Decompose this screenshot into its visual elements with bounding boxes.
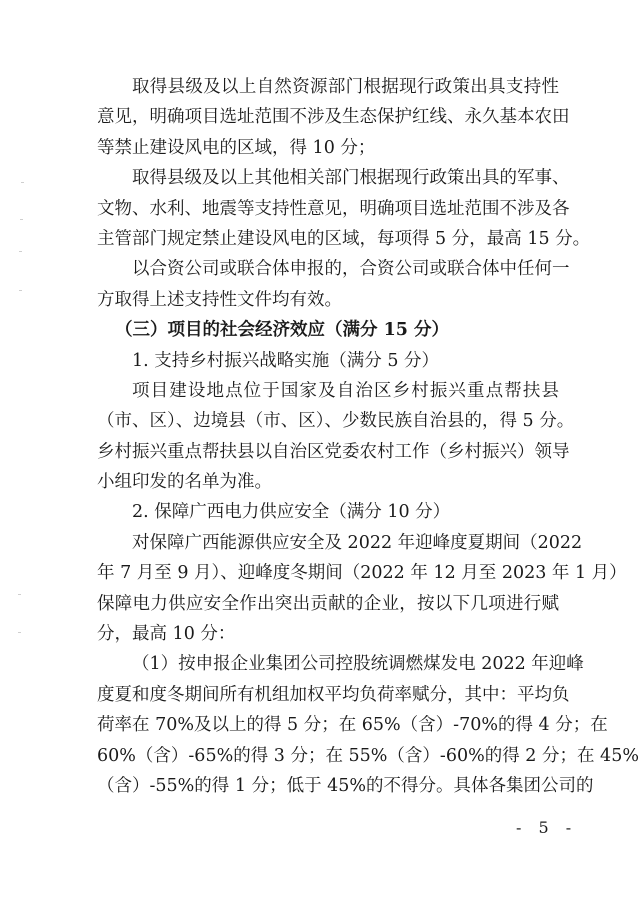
text-line: 60%（含）-65%的得 3 分；在 55%（含）-60%的得 2 分；在 45… <box>97 741 559 771</box>
paragraph-rural-revitalization: 项目建设地点位于国家及自治区乡村振兴重点帮扶县 （市、区）、边境县（市、区）、少… <box>97 376 559 498</box>
paragraph-load-rate-scoring: （1）按申报企业集团公司控股统调燃煤发电 2022 年迎峰 度夏和度冬期间所有机… <box>97 649 559 801</box>
margin-speck <box>18 632 21 633</box>
margin-speck <box>19 290 22 291</box>
text-line: 取得县级及以上其他相关部门根据现行政策出具的军事、 <box>97 163 559 193</box>
text-line: 等禁止建设风电的区域，得 10 分； <box>97 133 559 163</box>
paragraph-natural-resources-support: 取得县级及以上自然资源部门根据现行政策出具支持性 意见，明确项目选址范围不涉及生… <box>97 72 559 163</box>
paragraph-joint-venture: 以合资公司或联合体申报的，合资公司或联合体中任何一 方取得上述支持性文件均有效。 <box>97 254 559 315</box>
text-line: 年 7 月至 9 月）、迎峰度冬期间（2022 年 12 月至 2023 年 1… <box>97 558 559 588</box>
text-line: 小组印发的名单为准。 <box>97 467 559 497</box>
text-line: 文物、水利、地震等支持性意见，明确项目选址范围不涉及各 <box>97 194 559 224</box>
document-body: 取得县级及以上自然资源部门根据现行政策出具支持性 意见，明确项目选址范围不涉及生… <box>97 72 559 801</box>
text-line: 主管部门规定禁止建设风电的区域，每项得 5 分，最高 15 分。 <box>97 224 559 254</box>
margin-speck <box>18 594 21 595</box>
margin-speck <box>21 182 24 183</box>
text-line: 分，最高 10 分： <box>97 619 559 649</box>
text-line: 荷率在 70%及以上的得 5 分；在 65%（含）-70%的得 4 分；在 <box>97 710 559 740</box>
document-page: 取得县级及以上自然资源部门根据现行政策出具支持性 意见，明确项目选址范围不涉及生… <box>0 0 640 903</box>
section-heading: （三）项目的社会经济效应（满分 15 分） <box>97 315 559 345</box>
text-line: （1）按申报企业集团公司控股统调燃煤发电 2022 年迎峰 <box>97 649 559 679</box>
section-heading-social-economic: （三）项目的社会经济效应（满分 15 分） <box>97 315 559 345</box>
page-number: - 5 - <box>516 818 577 838</box>
text-line: 以合资公司或联合体申报的，合资公司或联合体中任何一 <box>97 254 559 284</box>
subheading-power-supply: 2. 保障广西电力供应安全（满分 10 分） <box>97 497 559 527</box>
subsection-heading: 2. 保障广西电力供应安全（满分 10 分） <box>97 497 559 527</box>
margin-speck <box>19 251 22 252</box>
subsection-heading: 1. 支持乡村振兴战略实施（满分 5 分） <box>97 346 559 376</box>
text-line: （含）-55%的得 1 分；低于 45%的不得分。具体各集团公司的 <box>97 771 559 801</box>
text-line: （市、区）、边境县（市、区）、少数民族自治县的，得 5 分。 <box>97 406 559 436</box>
text-line: 意见，明确项目选址范围不涉及生态保护红线、永久基本农田 <box>97 102 559 132</box>
text-line: 度夏和度冬期间所有机组加权平均负荷率赋分，其中：平均负 <box>97 680 559 710</box>
text-line: 乡村振兴重点帮扶县以自治区党委农村工作（乡村振兴）领导 <box>97 437 559 467</box>
paragraph-power-supply: 对保障广西能源供应安全及 2022 年迎峰度夏期间（2022 年 7 月至 9 … <box>97 528 559 650</box>
text-line: 取得县级及以上自然资源部门根据现行政策出具支持性 <box>97 72 559 102</box>
margin-speck <box>20 219 23 220</box>
text-line: 项目建设地点位于国家及自治区乡村振兴重点帮扶县 <box>97 376 559 406</box>
text-line: 对保障广西能源供应安全及 2022 年迎峰度夏期间（2022 <box>97 528 559 558</box>
text-line: 方取得上述支持性文件均有效。 <box>97 285 559 315</box>
subheading-rural-revitalization: 1. 支持乡村振兴战略实施（满分 5 分） <box>97 346 559 376</box>
paragraph-other-departments-support: 取得县级及以上其他相关部门根据现行政策出具的军事、 文物、水利、地震等支持性意见… <box>97 163 559 254</box>
text-line: 保障电力供应安全作出突出贡献的企业，按以下几项进行赋 <box>97 589 559 619</box>
